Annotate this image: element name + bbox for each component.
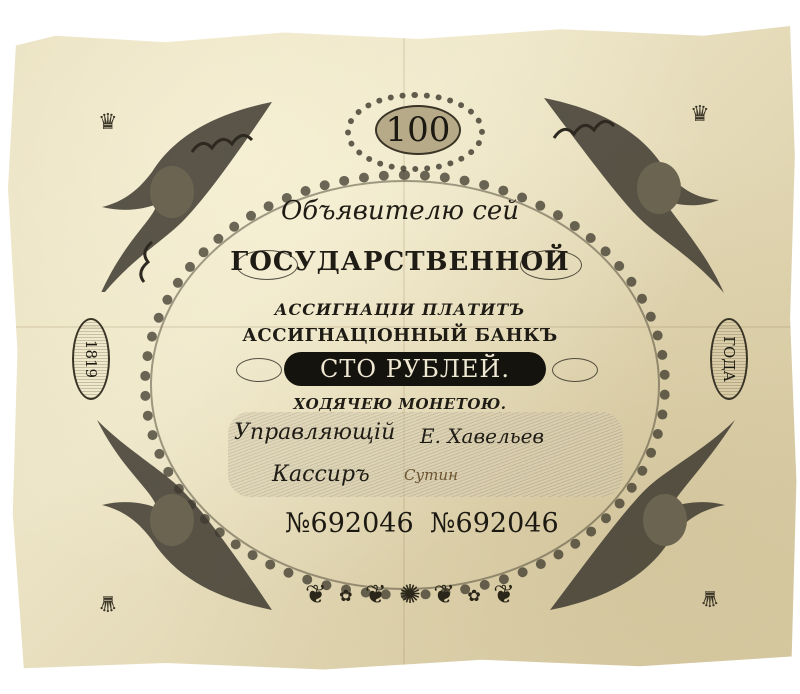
currency-line: ХОДЯЧЕЮ МОНЕТОЮ. [0,395,800,413]
state-line: ГОСУДАРСТВЕННОЙ [0,247,800,277]
ornament-row: ❦ ✿ ❦ ✺ ❦ ✿ ❦ [305,578,515,612]
flourish [236,358,282,382]
medallion-icon: ✺ [399,580,421,610]
cashier-label: Кассиръ [272,462,370,487]
palmette-icon: ❦ [365,580,387,610]
bank-line: АССИГНАЦІОННЫЙ БАНКЪ [0,325,800,346]
crown-icon: ♛ [700,585,720,610]
manager-signature: Е. Хавельев [420,424,544,448]
denomination-numeral: 100 [375,105,461,155]
year-word-oval: ГОДА [710,318,748,400]
palmette-icon: ❦ [305,580,327,610]
serial-number-left: №692046 [285,508,414,539]
crown-icon: ♛ [98,110,118,135]
cashier-signature: Сутин [404,466,458,484]
assignat-pays-line: АССИГНАЦІИ ПЛАТИТЪ [0,300,800,319]
denomination-words: СТО РУБЛЕЙ. [284,352,546,386]
palmette-icon: ❦ [433,580,455,610]
year-oval: 1819 [72,318,110,400]
rosette-icon: ✿ [339,586,352,605]
crown-icon: ♛ [98,590,118,615]
serial-number-right: №692046 [430,508,559,539]
palmette-icon: ❦ [493,580,515,610]
manager-label: Управляющій [234,420,395,445]
bearer-line: Объявителю сей [0,196,800,226]
flourish [552,358,598,382]
rosette-icon: ✿ [467,586,480,605]
crown-icon: ♛ [690,102,710,127]
